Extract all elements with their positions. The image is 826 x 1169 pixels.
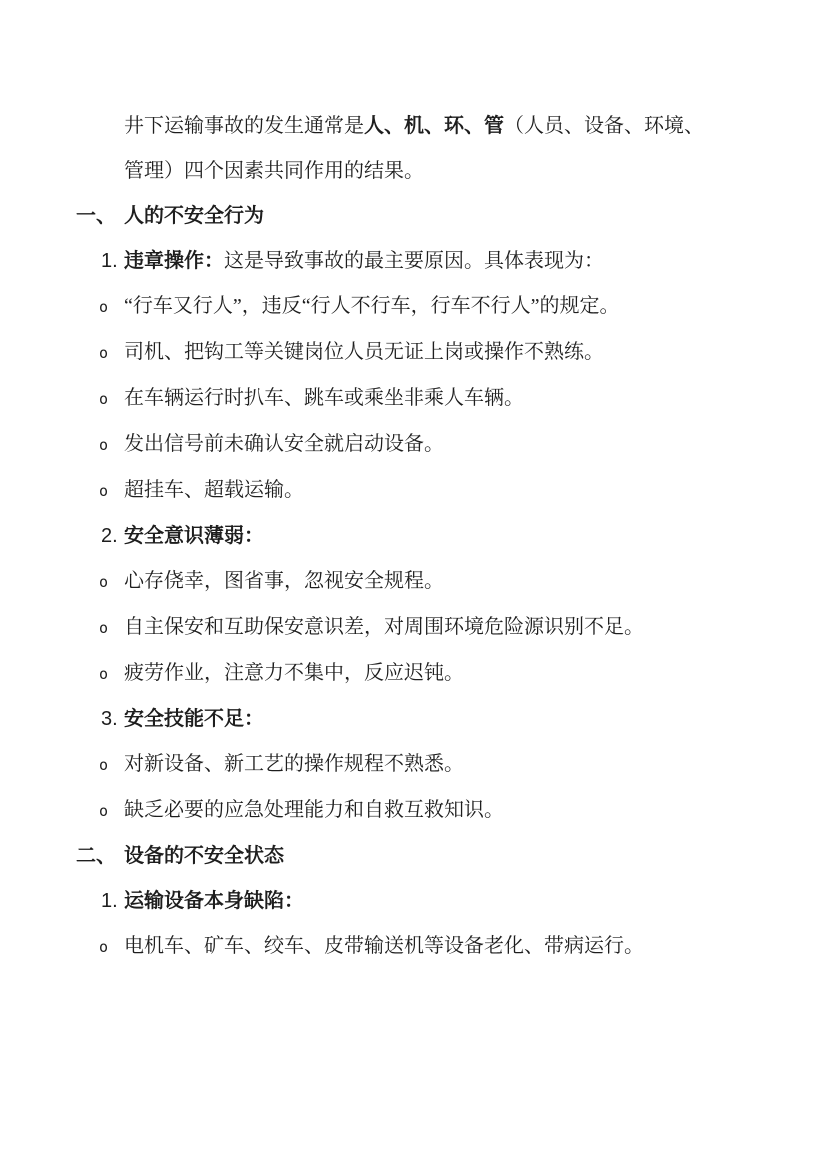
bullet-item: o“行车又行人”，违反“行人不行车，行车不行人”的规定。 — [124, 284, 708, 330]
item-number: 1. — [101, 239, 124, 284]
bullet-marker-icon: o — [99, 285, 124, 330]
bullet-marker-icon: o — [99, 377, 124, 422]
bullet-item: o自主保安和互助保安意识差，对周围环境危险源识别不足。 — [124, 605, 708, 651]
section-heading: 一、人的不安全行为 — [124, 194, 708, 239]
bullet-item: o在车辆运行时扒车、跳车或乘坐非乘人车辆。 — [124, 376, 708, 422]
bullet-item: o超挂车、超载运输。 — [124, 468, 708, 514]
section-title: 设备的不安全状态 — [124, 845, 284, 867]
document-page: 井下运输事故的发生通常是人、机、环、管（人员、设备、环境、管理）四个因素共同作用… — [0, 0, 826, 1169]
section-heading: 二、设备的不安全状态 — [124, 834, 708, 879]
bullet-text: 对新设备、新工艺的操作规程不熟悉。 — [124, 753, 464, 775]
item-text: 这是导致事故的最主要原因。具体表现为： — [224, 250, 604, 272]
bullet-marker-icon: o — [99, 331, 124, 376]
bullet-text: 心存侥幸，图省事，忽视安全规程。 — [124, 570, 444, 592]
bullet-marker-icon: o — [99, 789, 124, 834]
section-title: 人的不安全行为 — [124, 205, 264, 227]
bullet-item: o发出信号前未确认安全就启动设备。 — [124, 422, 708, 468]
item-label: 运输设备本身缺陷： — [124, 890, 304, 912]
intro-paragraph: 井下运输事故的发生通常是人、机、环、管（人员、设备、环境、管理）四个因素共同作用… — [124, 104, 708, 194]
bullet-text: 自主保安和互助保安意识差，对周围环境危险源识别不足。 — [124, 616, 644, 638]
bullet-marker-icon: o — [99, 560, 124, 605]
bullet-item: o缺乏必要的应急处理能力和自救互救知识。 — [124, 788, 708, 834]
bullet-marker-icon: o — [99, 652, 124, 697]
section-number: 二、 — [76, 834, 124, 879]
numbered-item: 3.安全技能不足： — [124, 697, 708, 742]
item-number: 2. — [101, 514, 124, 559]
numbered-item: 1.违章操作：这是导致事故的最主要原因。具体表现为： — [124, 239, 708, 284]
bullet-item: o疲劳作业，注意力不集中，反应迟钝。 — [124, 651, 708, 697]
bullet-marker-icon: o — [99, 423, 124, 468]
bullet-text: 电机车、矿车、绞车、皮带输送机等设备老化、带病运行。 — [124, 935, 644, 957]
bullet-marker-icon: o — [99, 606, 124, 651]
numbered-item: 1.运输设备本身缺陷： — [124, 879, 708, 924]
bullet-item: o对新设备、新工艺的操作规程不熟悉。 — [124, 742, 708, 788]
bullet-marker-icon: o — [99, 925, 124, 970]
document-body: 井下运输事故的发生通常是人、机、环、管（人员、设备、环境、管理）四个因素共同作用… — [124, 104, 708, 970]
section-number: 一、 — [76, 194, 124, 239]
bullet-item: o电机车、矿车、绞车、皮带输送机等设备老化、带病运行。 — [124, 924, 708, 970]
item-number: 1. — [101, 879, 124, 924]
bullet-marker-icon: o — [99, 469, 124, 514]
bullet-item: o心存侥幸，图省事，忽视安全规程。 — [124, 559, 708, 605]
bullet-text: 超挂车、超载运输。 — [124, 479, 304, 501]
text-run: 人、机、环、管 — [364, 115, 504, 137]
numbered-item: 2.安全意识薄弱： — [124, 514, 708, 559]
bullet-item: o司机、把钩工等关键岗位人员无证上岗或操作不熟练。 — [124, 330, 708, 376]
item-label: 安全意识薄弱： — [124, 525, 264, 547]
item-number: 3. — [101, 697, 124, 742]
bullet-text: 司机、把钩工等关键岗位人员无证上岗或操作不熟练。 — [124, 341, 604, 363]
bullet-text: “行车又行人”，违反“行人不行车，行车不行人”的规定。 — [124, 295, 620, 317]
item-label: 违章操作： — [124, 250, 224, 272]
bullet-text: 疲劳作业，注意力不集中，反应迟钝。 — [124, 662, 464, 684]
item-label: 安全技能不足： — [124, 708, 264, 730]
text-run: 井下运输事故的发生通常是 — [124, 115, 364, 137]
bullet-marker-icon: o — [99, 743, 124, 788]
bullet-text: 缺乏必要的应急处理能力和自救互救知识。 — [124, 799, 504, 821]
bullet-text: 在车辆运行时扒车、跳车或乘坐非乘人车辆。 — [124, 387, 524, 409]
bullet-text: 发出信号前未确认安全就启动设备。 — [124, 433, 444, 455]
